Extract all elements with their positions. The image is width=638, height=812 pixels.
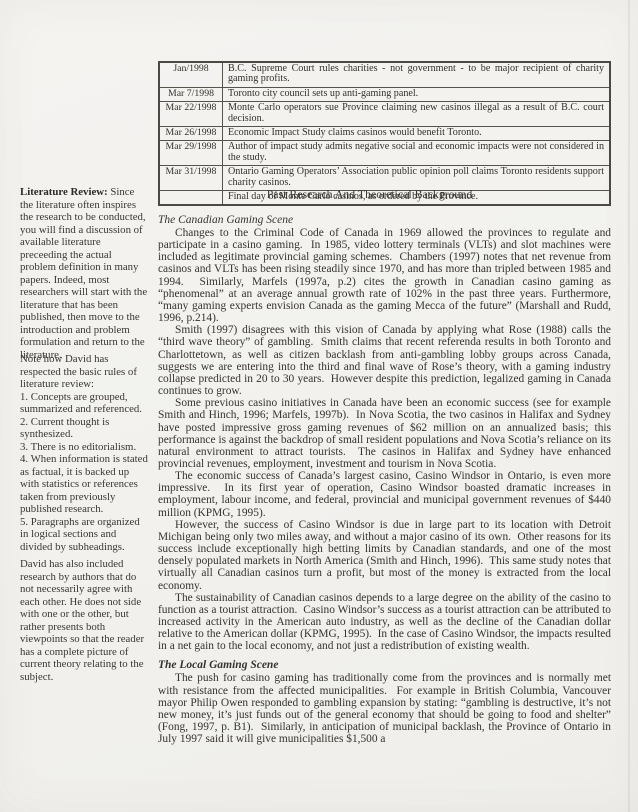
timeline-date-cell: Mar 7/1998 [159, 87, 223, 101]
timeline-date-cell: Mar 22/1998 [159, 102, 223, 127]
canadian-scene-paragraph: Changes to the Criminal Code of Canada i… [158, 227, 611, 324]
canadian-scene-paragraph: The sustainability of Canadian casinos d… [158, 592, 611, 653]
timeline-date-cell: Jan/1998 [159, 62, 223, 87]
literature-review-label: Literature Review: [20, 186, 108, 198]
canadian-scene-title: The Canadian Gaming Scene [158, 214, 611, 227]
table-row: Mar 7/1998 Toronto city council sets up … [159, 87, 610, 101]
canadian-scene-paragraph: Smith (1997) disagrees with this vision … [158, 324, 611, 397]
table-row: Mar 22/1998 Monte Carlo operators sue Pr… [159, 102, 610, 127]
local-scene-title: The Local Gaming Scene [158, 659, 611, 672]
timeline-event-cell: Toronto city council sets up anti-gaming… [223, 87, 611, 101]
table-row: Jan/1998 B.C. Supreme Court rules charit… [159, 62, 610, 87]
main-text-column: Past Research And Theoretical Background… [158, 188, 611, 745]
literature-review-paragraph: Literature Review: Since the literature … [20, 186, 148, 361]
review-rule-item: 3. There is no editorialism. [20, 441, 148, 454]
margin-note-review-rules: Note how David has respected the basic r… [20, 353, 148, 553]
literature-review-text: Since the literature often inspires the … [20, 186, 147, 361]
review-rule-item: 2. Current thought is synthesized. [20, 416, 148, 441]
scanned-book-page: Jan/1998 B.C. Supreme Court rules charit… [0, 0, 638, 812]
margin-note-author-viewpoints: David has also included research by auth… [20, 558, 148, 683]
review-rules-intro: Note how David has respected the basic r… [20, 353, 148, 391]
table-row: Mar 26/1998 Economic Impact Study claims… [159, 127, 610, 141]
timeline-event-cell: Author of impact study admits negative s… [223, 141, 611, 166]
margin-note-literature-review: Literature Review: Since the literature … [20, 186, 148, 361]
canadian-scene-paragraph: The economic success of Canada’s largest… [158, 470, 611, 519]
author-viewpoints-paragraph: David has also included research by auth… [20, 558, 148, 683]
review-rule-item: 4. When information is stated as factual… [20, 453, 148, 516]
timeline-event-cell: B.C. Supreme Court rules charities - not… [223, 62, 611, 87]
local-scene-paragraph: The push for casino gaming has tradition… [158, 672, 611, 745]
review-rule-item: 5. Paragraphs are organized in logical s… [20, 516, 148, 554]
timeline-event-cell: Economic Impact Study claims casinos wou… [223, 127, 611, 141]
timeline-date-cell: Mar 31/1998 [159, 166, 223, 191]
timeline-table: Jan/1998 B.C. Supreme Court rules charit… [158, 61, 611, 206]
canadian-scene-paragraph: However, the success of Casino Windsor i… [158, 519, 611, 592]
section-heading: Past Research And Theoretical Background [158, 188, 611, 201]
timeline-table-body: Jan/1998 B.C. Supreme Court rules charit… [159, 62, 610, 205]
canadian-scene-paragraph: Some previous casino initiatives in Cana… [158, 397, 611, 470]
timeline-date-cell: Mar 29/1998 [159, 141, 223, 166]
timeline-date-cell: Mar 26/1998 [159, 127, 223, 141]
review-rule-item: 1. Concepts are grouped, summarized and … [20, 391, 148, 416]
table-row: Mar 29/1998 Author of impact study admit… [159, 141, 610, 166]
timeline-event-cell: Monte Carlo operators sue Province claim… [223, 102, 611, 127]
